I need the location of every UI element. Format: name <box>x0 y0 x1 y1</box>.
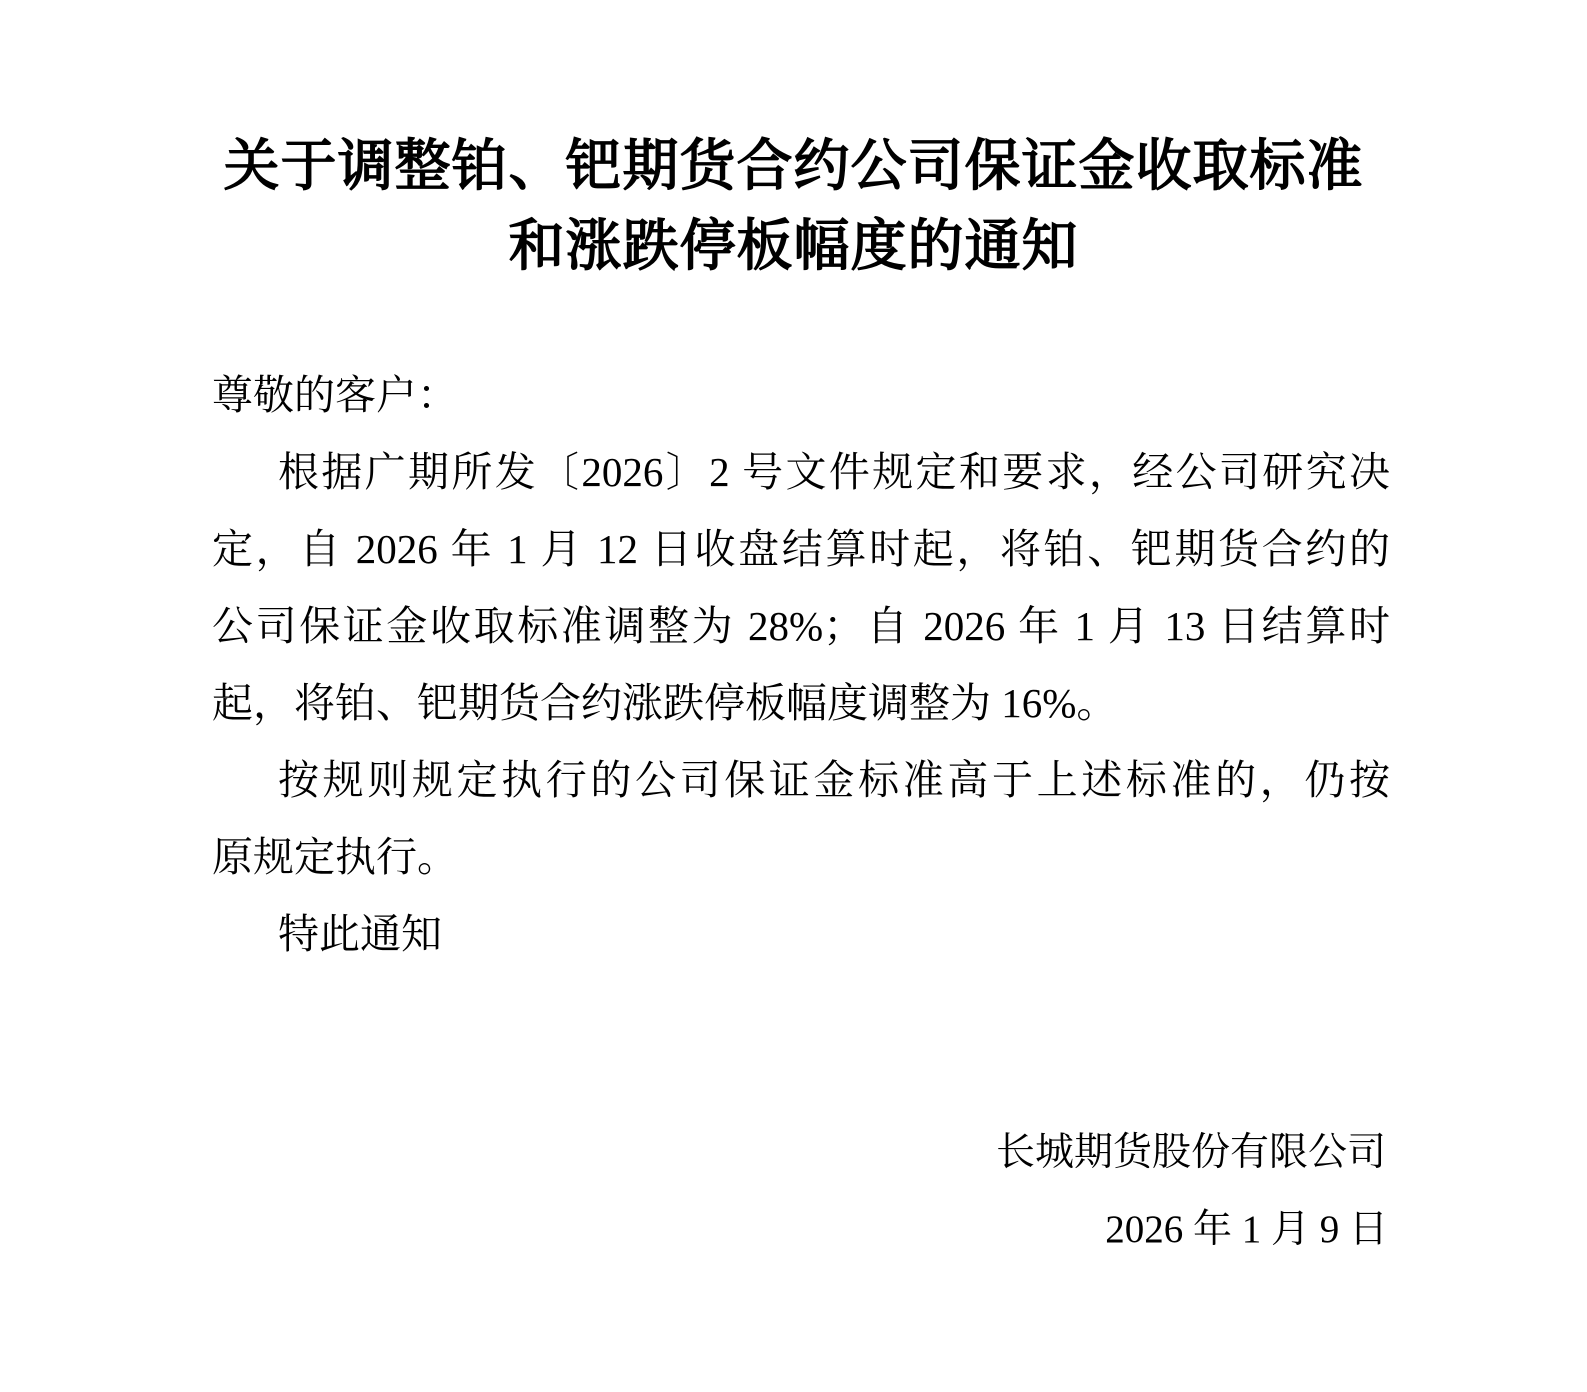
salutation-line: 尊敬的客户： <box>212 357 1390 434</box>
paragraph1-line-2: 定，自 2026 年 1 月 12 日收盘结算时起，将铂、钯期货合约的 <box>212 511 1390 588</box>
signature-block: 长城期货股份有限公司 2026 年 1 月 9 日 <box>212 1114 1390 1268</box>
document-title: 关于调整铂、钯期货合约公司保证金收取标准 和涨跌停板幅度的通知 <box>0 127 1587 287</box>
document-title-line-1: 关于调整铂、钯期货合约公司保证金收取标准 <box>0 127 1587 207</box>
paragraph2-line-1: 按规则规定执行的公司保证金标准高于上述标准的，仍按 <box>212 742 1390 819</box>
paragraph1-line-3: 公司保证金收取标准调整为 28%；自 2026 年 1 月 13 日结算时 <box>212 588 1390 665</box>
document-title-line-2: 和涨跌停板幅度的通知 <box>0 207 1587 287</box>
signature-date: 2026 年 1 月 9 日 <box>212 1191 1390 1268</box>
notice-document-page: 关于调整铂、钯期货合约公司保证金收取标准 和涨跌停板幅度的通知 尊敬的客户： 根… <box>0 0 1587 1392</box>
signature-company-name: 长城期货股份有限公司 <box>212 1114 1390 1191</box>
paragraph1-line-4: 起，将铂、钯期货合约涨跌停板幅度调整为 16%。 <box>212 665 1390 742</box>
paragraph2-line-2: 原规定执行。 <box>212 819 1390 896</box>
paragraph1-line-1: 根据广期所发〔2026〕2 号文件规定和要求，经公司研究决 <box>212 434 1390 511</box>
notice-closing-line: 特此通知 <box>212 896 1390 973</box>
document-body: 尊敬的客户： 根据广期所发〔2026〕2 号文件规定和要求，经公司研究决 定，自… <box>212 357 1390 973</box>
